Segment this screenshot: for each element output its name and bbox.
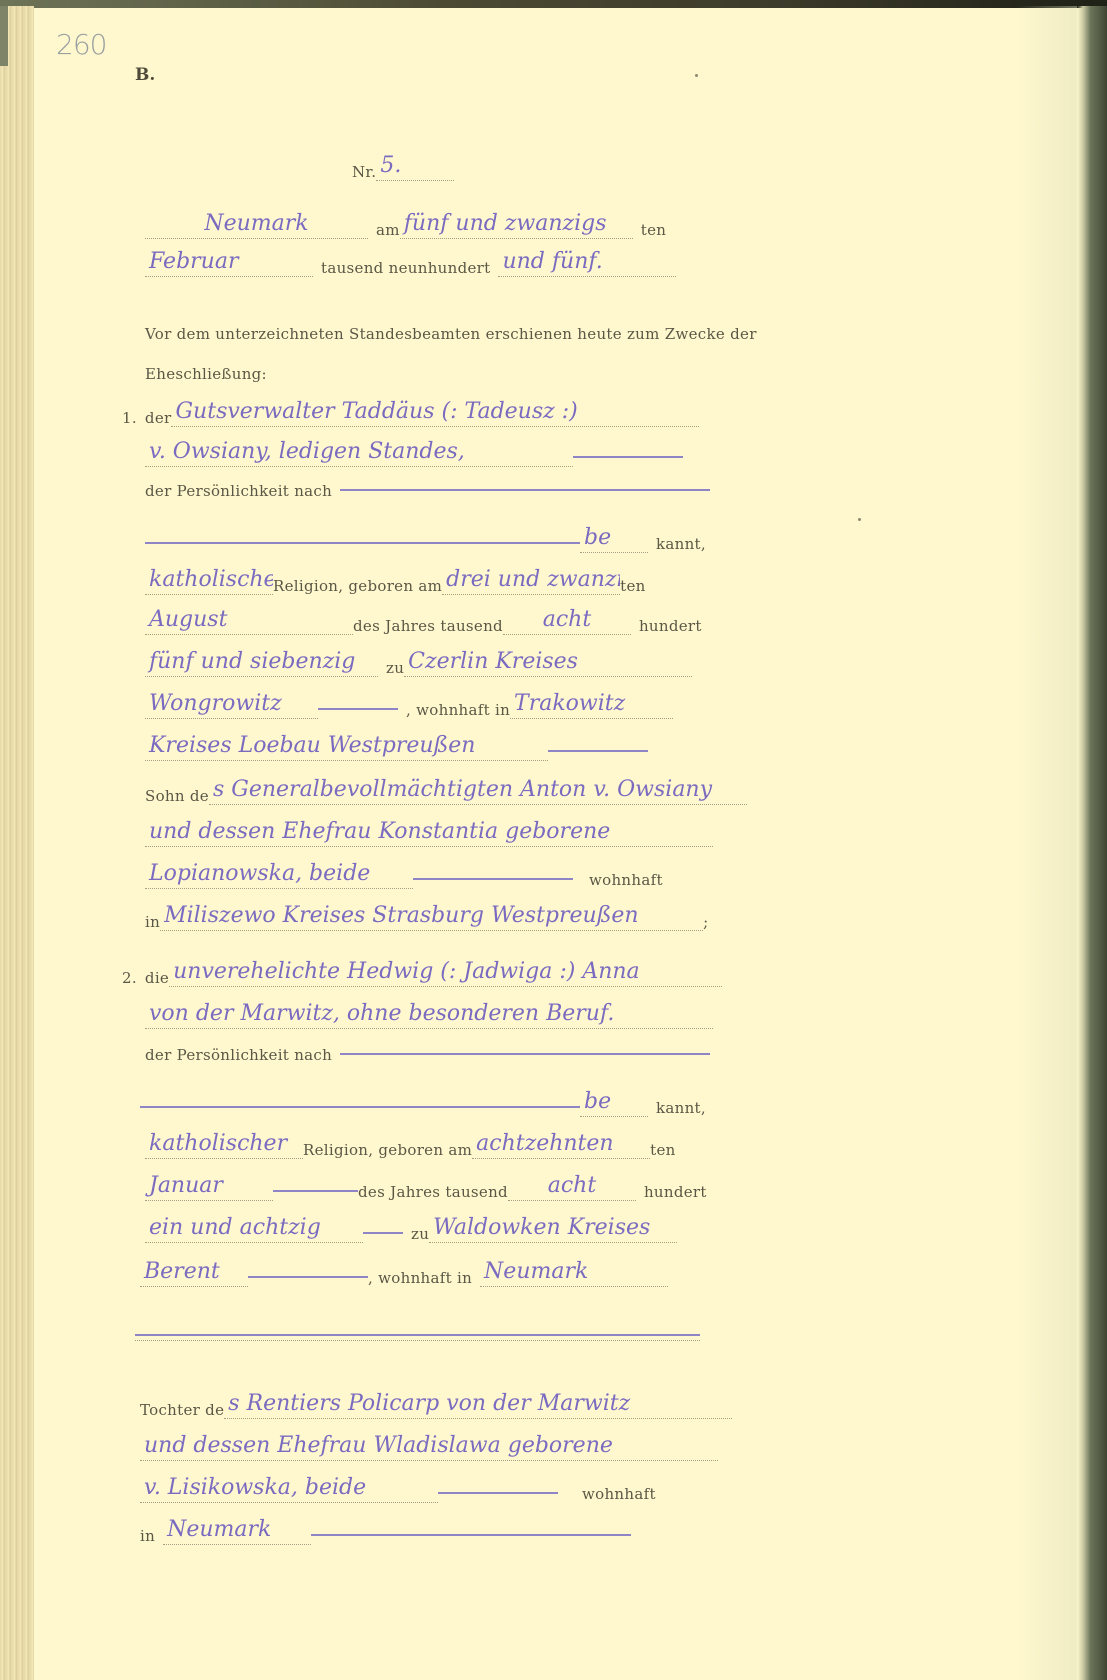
son-of-label: Sohn de <box>145 787 209 805</box>
bride-item-number: 2. <box>122 969 137 987</box>
groom-parents-line-3: Lopianowska, beide wohnhaft <box>145 860 663 889</box>
identity-label: der Persönlichkeit nach <box>145 1046 332 1064</box>
dotted-guide <box>135 1340 700 1341</box>
month-year-line: Februar tausend neunhundert und fünf. <box>145 248 676 277</box>
record-number-line: Nr. 5. <box>352 152 454 181</box>
groom-name-status: v. Owsiany, ledigen Standes, <box>145 438 573 467</box>
religion-label: Religion, geboren am <box>303 1141 472 1159</box>
semicolon: ; <box>703 913 708 931</box>
year-label: des Jahres tausend <box>353 617 503 635</box>
bride-residence-line: Berent , wohnhaft in Neumark <box>140 1258 668 1287</box>
groom-birth-month: August <box>145 606 353 635</box>
known-label: kannt, <box>656 1099 706 1117</box>
known-label: kannt, <box>656 535 706 553</box>
am-label: am <box>376 221 400 239</box>
bride-birth-year-line: Januar des Jahres tausend acht hundert <box>145 1172 707 1201</box>
bride-parents-line-3: v. Lisikowska, beide wohnhaft <box>140 1474 656 1503</box>
hundred-label: hundert <box>639 617 702 635</box>
book-page-stack <box>0 6 34 1680</box>
groom-parents-line-2: und dessen Ehefrau Konstantia geborene <box>145 818 713 847</box>
groom-residence: Trakowitz <box>510 690 673 719</box>
identity-label: der Persönlichkeit nach <box>145 482 332 500</box>
groom-birth-year: fünf und siebenzig <box>145 648 378 677</box>
bride-known-prefix: be <box>580 1088 648 1117</box>
year-prefix-label: tausend neunhundert <box>321 259 490 277</box>
groom-birth-year-line: August des Jahres tausend acht hundert <box>145 606 702 635</box>
registry-place: Neumark <box>145 210 368 239</box>
bride-father: s Rentiers Policarp von der Marwitz <box>224 1390 732 1419</box>
page-gutter-shadow <box>1017 6 1077 1680</box>
groom-birth-day: drei und zwanzigs <box>442 566 620 595</box>
groom-religion-line: katholischer Religion, geboren am drei u… <box>145 566 646 595</box>
groom-residence-line: Wongrowitz , wohnhaft in Trakowitz <box>145 690 673 719</box>
in-label: in <box>145 913 160 931</box>
bride-birthplace-cont: Berent <box>140 1258 248 1287</box>
bride-residence: Neumark <box>480 1258 668 1287</box>
section-letter: B. <box>135 65 155 85</box>
intro-text: Vor dem unterzeichneten Standesbeamten e… <box>145 325 757 343</box>
groom-parents-residence: Miliszewo Kreises Strasburg Westpreußen <box>160 902 703 931</box>
groom-residence-cont: Kreises Loebau Westpreußen <box>145 732 548 761</box>
groom-mother: und dessen Ehefrau Konstantia geborene <box>145 818 713 847</box>
groom-line-1: 1. der Gutsverwalter Taddäus (: Tadeusz … <box>122 398 699 427</box>
bride-birth-year: ein und achtzig <box>145 1214 363 1243</box>
groom-article: der <box>145 409 172 427</box>
bride-line-1: 2. die unverehelichte Hedwig (: Jadwiga … <box>122 958 722 987</box>
groom-birthplace: Czerlin Kreises <box>404 648 692 677</box>
bride-birth-month: Januar <box>145 1172 273 1201</box>
groom-parents-residence-line: in Miliszewo Kreises Strasburg Westpreuß… <box>145 902 708 931</box>
bride-parents-line-2: und dessen Ehefrau Wladislawa geborene <box>140 1432 718 1461</box>
record-number: 5. <box>376 152 454 181</box>
residence-label: , wohnhaft in <box>406 701 510 719</box>
marriage-year-suffix: und fünf. <box>498 248 676 277</box>
hundred-label: hundert <box>644 1183 707 1201</box>
groom-known-line: be kannt, <box>145 524 706 553</box>
bride-birthplace: Waldowken Kreises <box>429 1214 677 1243</box>
daughter-of-label: Tochter de <box>140 1401 224 1419</box>
groom-known-prefix: be <box>580 524 648 553</box>
zu-label: zu <box>411 1225 429 1243</box>
bride-religion-line: katholischer Religion, geboren am achtze… <box>145 1130 676 1159</box>
bride-line-2: von der Marwitz, ohne besonderen Beruf. <box>145 1000 713 1029</box>
bride-parents-residence-line: in Neumark <box>140 1516 631 1545</box>
paper-speck <box>695 74 698 77</box>
paper-speck <box>858 518 861 521</box>
book-binding-edge <box>1077 6 1107 1680</box>
pencil-page-number: 260 <box>56 28 106 61</box>
ten-label: ten <box>641 221 666 239</box>
groom-mother-maiden: Lopianowska, beide <box>145 860 413 889</box>
bride-mother-maiden: v. Lisikowska, beide <box>140 1474 438 1503</box>
in-label: in <box>140 1527 155 1545</box>
intro-text: Eheschließung: <box>145 365 267 383</box>
groom-residence-cont-line: Kreises Loebau Westpreußen <box>145 732 648 761</box>
wohnhaft-label: wohnhaft <box>589 871 663 889</box>
bride-birthplace-line: ein und achtzig zu Waldowken Kreises <box>145 1214 677 1243</box>
ten-label: ten <box>620 577 645 595</box>
bride-identity-line: der Persönlichkeit nach <box>145 1046 710 1064</box>
groom-name-occupation: Gutsverwalter Taddäus (: Tadeusz :) <box>171 398 699 427</box>
groom-birthplace-cont: Wongrowitz <box>145 690 318 719</box>
book-top-edge <box>0 0 1107 8</box>
wohnhaft-label: wohnhaft <box>582 1485 656 1503</box>
bride-mother: und dessen Ehefrau Wladislawa geborene <box>140 1432 718 1461</box>
groom-line-2: v. Owsiany, ledigen Standes, <box>145 438 683 467</box>
year-label: des Jahres tausend <box>358 1183 508 1201</box>
bride-parents-line-1: Tochter de s Rentiers Policarp von der M… <box>140 1390 732 1419</box>
bride-birth-day: achtzehnten <box>472 1130 650 1159</box>
bride-religion: katholischer <box>145 1130 303 1159</box>
bride-name-occupation: von der Marwitz, ohne besonderen Beruf. <box>145 1000 713 1029</box>
religion-label: Religion, geboren am <box>273 577 442 595</box>
zu-label: zu <box>386 659 404 677</box>
intro-line-2: Eheschließung: <box>145 365 267 383</box>
bride-name: unverehelichte Hedwig (: Jadwiga :) Anna <box>169 958 722 987</box>
place-date-line: Neumark am fünf und zwanzigs ten <box>145 210 666 239</box>
marriage-month: Februar <box>145 248 313 277</box>
bride-residence-blank-rule <box>135 1334 700 1336</box>
groom-religion: katholischer <box>145 566 273 595</box>
groom-item-number: 1. <box>122 409 137 427</box>
groom-birthplace-line: fünf und siebenzig zu Czerlin Kreises <box>145 648 692 677</box>
groom-birth-century: acht <box>503 606 631 635</box>
bride-article: die <box>145 969 169 987</box>
marriage-day: fünf und zwanzigs <box>400 210 633 239</box>
bride-birth-century: acht <box>508 1172 636 1201</box>
intro-line-1: Vor dem unterzeichneten Standesbeamten e… <box>145 325 757 343</box>
groom-identity-line: der Persönlichkeit nach <box>145 482 710 500</box>
ten-label: ten <box>650 1141 675 1159</box>
bride-known-line: be kannt, <box>140 1088 706 1117</box>
groom-father: s Generalbevollmächtigten Anton v. Owsia… <box>209 776 747 805</box>
residence-label: , wohnhaft in <box>368 1269 472 1287</box>
bride-parents-residence: Neumark <box>163 1516 311 1545</box>
nr-label: Nr. <box>352 163 376 181</box>
groom-parents-line-1: Sohn de s Generalbevollmächtigten Anton … <box>145 776 747 805</box>
